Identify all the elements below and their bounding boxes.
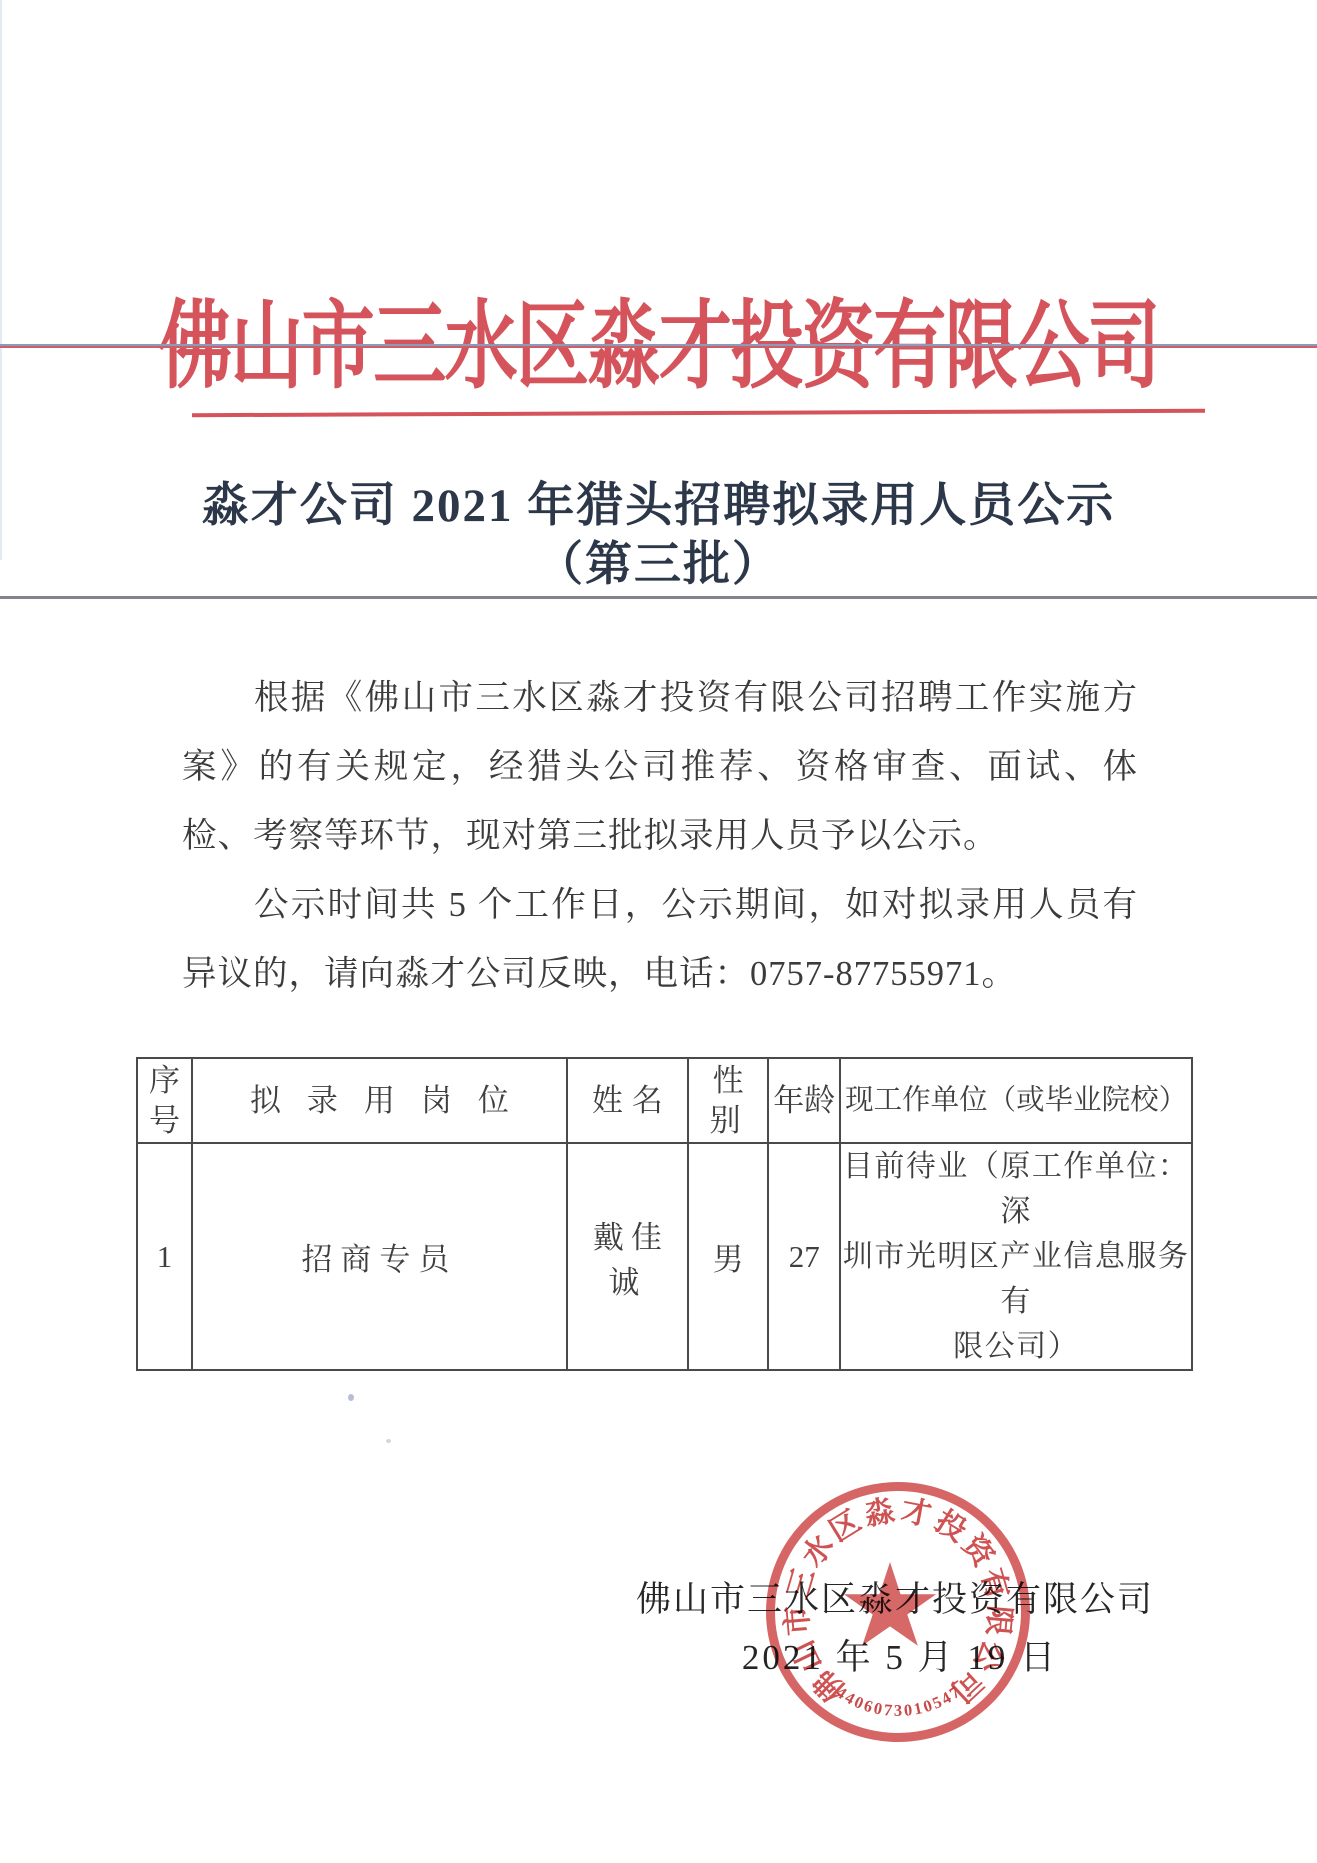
candidate-table: 序号 拟录用岗位 姓名 性别 年龄 现工作单位（或毕业院校） 1 招商专员 戴佳… — [136, 1057, 1193, 1371]
letterhead-divider-line — [0, 344, 1317, 348]
paragraph-contact: 公示时间共 5 个工作日，公示期间，如对拟录用人员有异议的，请向淼才公司反映，电… — [182, 871, 1138, 1009]
paragraph-basis: 根据《佛山市三水区淼才投资有限公司招聘工作实施方案》的有关规定，经猎头公司推荐、… — [182, 664, 1138, 871]
seal-number-digit: 6 — [858, 1695, 879, 1717]
document-title-line2: （第三批） — [0, 536, 1317, 595]
seal-ring-char: 水 — [795, 1528, 843, 1576]
col-header-unit: 现工作单位（或毕业院校） — [840, 1058, 1192, 1143]
scan-speck — [386, 1439, 391, 1443]
seal-ring-char: 投 — [927, 1503, 974, 1550]
announcement-body: 根据《佛山市三水区淼才投资有限公司招聘工作实施方案》的有关规定，经猎头公司推荐、… — [182, 664, 1138, 1009]
seal-ring-char: 淼 — [860, 1494, 900, 1534]
document-title: 淼才公司 2021 年猎头招聘拟录用人员公示 （第三批） — [0, 477, 1317, 595]
seal-number-digit: 4 — [830, 1681, 853, 1705]
cell-name: 戴佳诚 — [567, 1143, 688, 1370]
document-title-line1: 淼才公司 2021 年猎头招聘拟录用人员公示 — [0, 477, 1317, 536]
seal-number-digit: 0 — [868, 1699, 887, 1720]
seal-number-digit: 3 — [890, 1702, 906, 1720]
seal-number-digit: 1 — [908, 1699, 927, 1720]
document-page: 佛山市三水区淼才投资有限公司 淼才公司 2021 年猎头招聘拟录用人员公示 （第… — [0, 0, 1317, 1863]
table-header-row: 序号 拟录用岗位 姓名 性别 年龄 现工作单位（或毕业院校） — [137, 1058, 1192, 1143]
table-row: 1 招商专员 戴佳诚 男 27 目前待业（原工作单位：深 圳市光明区产业信息服务… — [137, 1143, 1192, 1370]
seal-ring-char: 才 — [896, 1494, 936, 1534]
red-divider-line — [192, 409, 1205, 417]
seal-number-digit: 4 — [935, 1687, 958, 1711]
seal-number-digit: 0 — [917, 1695, 938, 1717]
cell-seq: 1 — [137, 1143, 192, 1370]
seal-number-digit: 7 — [943, 1681, 966, 1705]
col-header-seq: 序号 — [137, 1058, 192, 1143]
seal-number-digit: 0 — [899, 1701, 917, 1721]
col-header-name: 姓名 — [567, 1058, 688, 1143]
cell-age: 27 — [768, 1143, 840, 1370]
signature-date: 2021 年 5 月 19 日 — [600, 1630, 1200, 1680]
cell-unit: 目前待业（原工作单位：深 圳市光明区产业信息服务有 限公司） — [840, 1143, 1192, 1370]
seal-number-digit: 4 — [838, 1687, 861, 1711]
seal-ring-char: 资 — [954, 1528, 1002, 1576]
col-header-post: 拟录用岗位 — [192, 1058, 567, 1143]
title-divider-line — [0, 596, 1317, 599]
signature-company: 佛山市三水区淼才投资有限公司 — [545, 1572, 1245, 1622]
seal-number-digit: 5 — [926, 1691, 948, 1714]
scan-speck — [348, 1394, 354, 1401]
seal-number-digit: 7 — [879, 1701, 897, 1721]
scan-edge-artifact — [0, 0, 2, 560]
col-header-sex: 性别 — [688, 1058, 768, 1143]
col-header-age: 年龄 — [768, 1058, 840, 1143]
cell-sex: 男 — [688, 1143, 768, 1370]
cell-post: 招商专员 — [192, 1143, 567, 1370]
seal-ring-char: 区 — [822, 1503, 869, 1550]
seal-number-digit: 0 — [848, 1691, 870, 1714]
